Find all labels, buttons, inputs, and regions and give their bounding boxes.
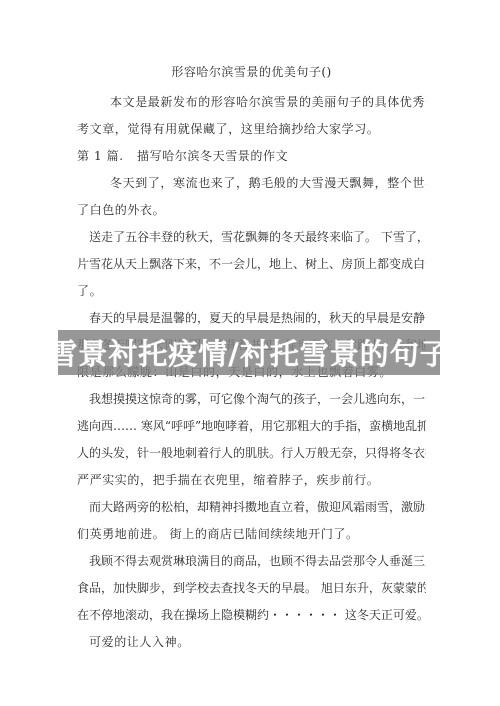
paragraph-line: 我顾不得去观赏琳琅满目的商品，也顾不得去品尝那令人垂涎三尺的 [77, 548, 426, 575]
paragraph-line: 了白色的外衣。 [77, 197, 426, 224]
paragraph-line: 逃向西…… 寒风“呼呼”地咆哮着，用它那粗大的手指，蛮横地乱抓行 [77, 413, 426, 440]
section-heading: 第 1 篇.描写哈尔滨冬天雪景的作文 [77, 143, 426, 170]
paragraph-line: 而大路两旁的松柏，却精神抖擞地直立着，傲迎风霜雨雪，激励着人 [77, 494, 426, 521]
paragraph-line: 在不停地滚动，我在操场上隐模糊约・・・・・・ 这冬天正可爱。 [77, 602, 426, 629]
paragraph-line: 们英勇地前进。 街上的商店已陆间续续地开门了。 [77, 521, 426, 548]
document-page: 形容哈尔滨雪景的优美句子() 本文是最新发布的形容哈尔滨雪景的美丽句子的具体优秀… [0, 0, 500, 706]
intro-line-2: 考文章，觉得有用就保藏了，这里给摘抄给大家学习。 [77, 116, 426, 143]
paragraph-line: 片雪花从天上飘落下来，不一会儿，地上、树上、房顶上都变成白色的 [77, 251, 426, 278]
intro-line-1: 本文是最新发布的形容哈尔滨雪景的美丽句子的具体优秀句子参 [77, 89, 426, 116]
banner-title: 雪景衬托疫情/衬托雪景的句子 [48, 332, 450, 373]
paragraph-line: 冬天到了，寒流也来了，鹅毛般的大雪漫天飘舞，整个世界穿上 [77, 170, 426, 197]
paragraph-line: 我想摸摸这惊奇的雾，可它像个淘气的孩子，一会儿逃向东，一会儿 [77, 386, 426, 413]
paragraph-line: 可爱的让人入神。 [77, 629, 426, 656]
paragraph-line: 食品，加快脚步，到学校去查找冬天的早晨。 旭日东升，灰蒙蒙的雾似 [77, 575, 426, 602]
title-overlay-banner: 雪景衬托疫情/衬托雪景的句子 [58, 330, 440, 375]
paragraph-line: 人的头发，针一般地刺着行人的肌肤。行人万般无奈，只得将冬衣扣得 [77, 440, 426, 467]
paragraph-line: 送走了五谷丰登的秋天，雪花飘舞的冬天最终来临了。 下雪了，一片 [77, 224, 426, 251]
paragraph-line: 春天的早晨是温馨的，夏天的早晨是热闹的，秋天的早晨是安静的， [77, 305, 426, 332]
section-title: 描写哈尔滨冬天雪景的作文 [137, 149, 288, 163]
paragraph-line: 严严实实的，把手揣在衣兜里，缩着脖子，疾步前行。 [77, 467, 426, 494]
document-title: 形容哈尔滨雪景的优美句子() [77, 62, 426, 82]
paragraph-line: 了。 [77, 278, 426, 305]
section-number: 第 1 篇. [77, 143, 137, 170]
